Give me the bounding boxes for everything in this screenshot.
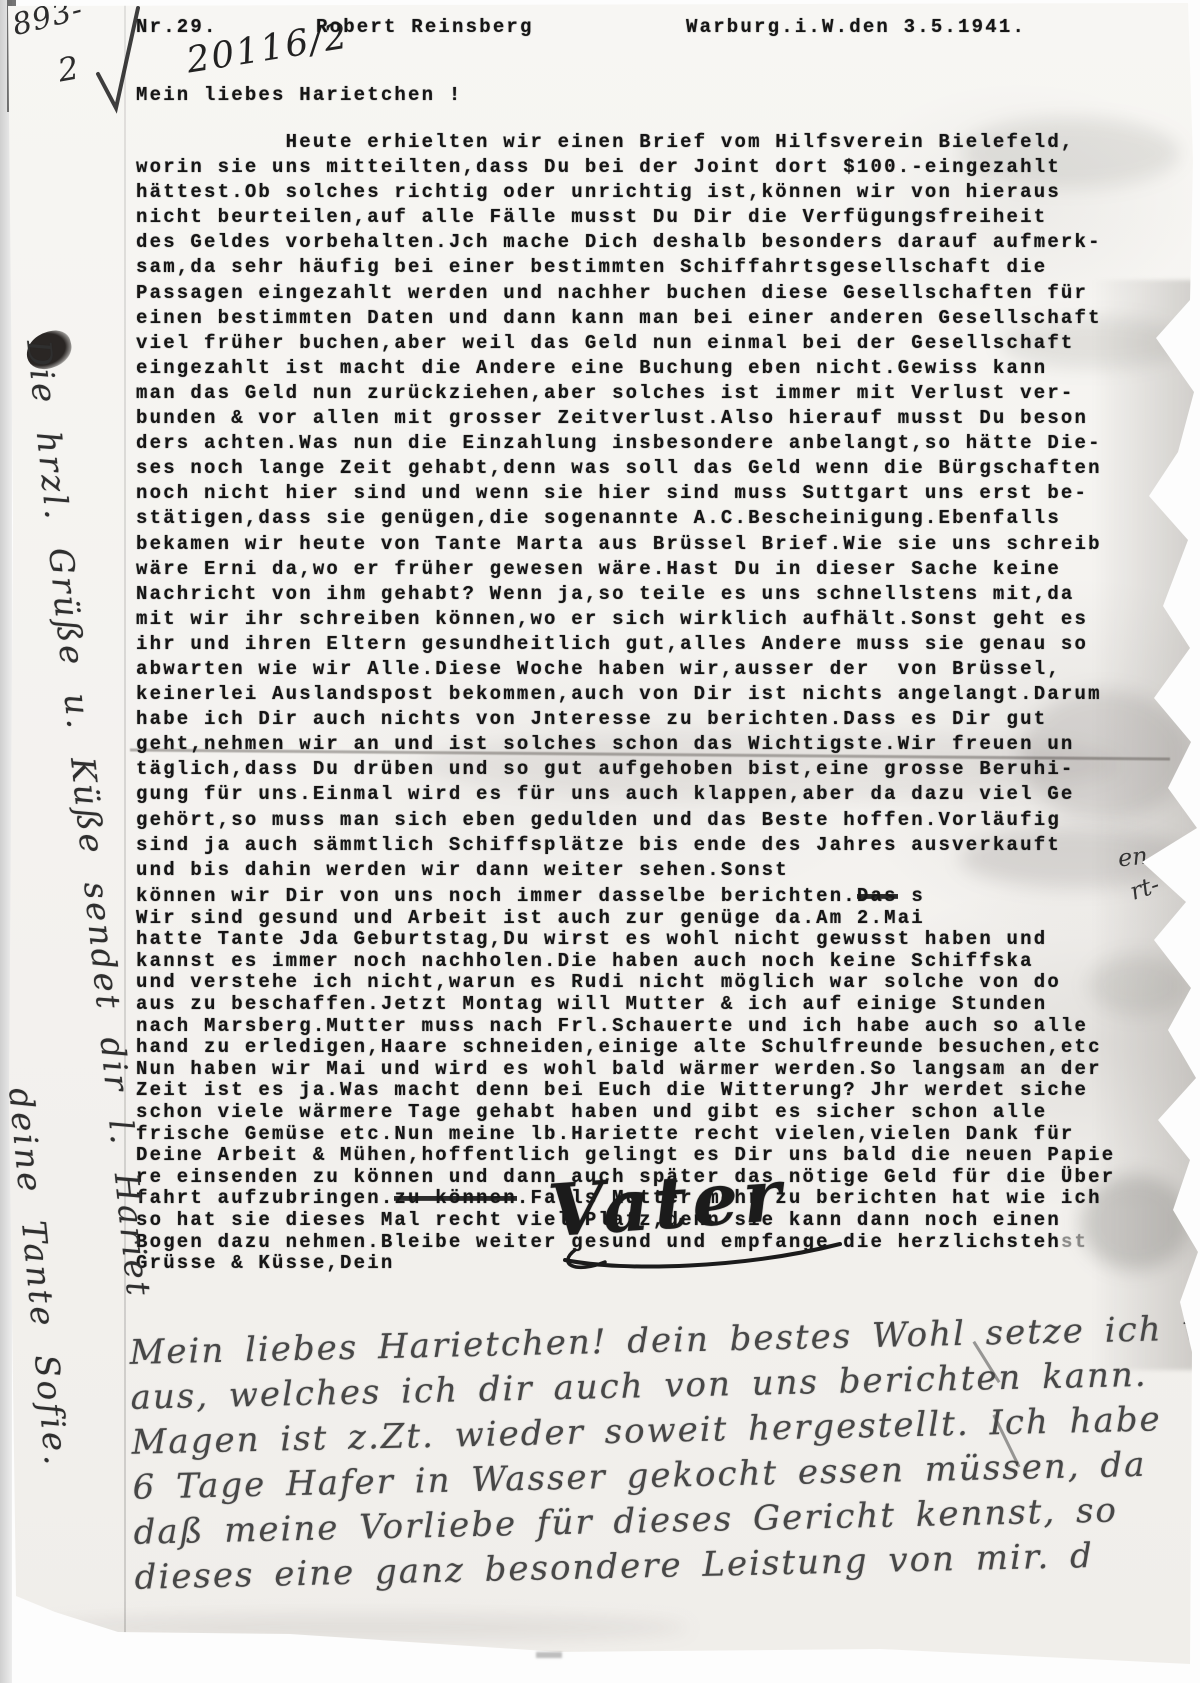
- salutation: Mein liebes Harietchen !: [136, 84, 462, 106]
- typed-line: ders achten.Was nun die Einzahlung insbe…: [136, 431, 1102, 456]
- typed-line: des Geldes vorbehalten.Jch mache Dich de…: [136, 230, 1102, 255]
- margin-note: deine Tante Sofie.: [1, 1086, 76, 1469]
- typed-line: keinerlei Auslandspost bekommen,auch von…: [136, 682, 1102, 707]
- scanned-letter-page: { "annotations": { "archive_number": "89…: [0, 0, 1200, 1683]
- typed-line: gung für uns.Einmal wird es für uns auch…: [136, 782, 1102, 807]
- typed-line: habe ich Dir auch nichts von Jnteresse z…: [136, 707, 1102, 732]
- typed-line: Heute erhielten wir einen Brief vom Hilf…: [136, 130, 1102, 155]
- typed-line: Zeit ist es ja.Was macht denn bei Euch d…: [136, 1080, 1115, 1102]
- typed-line: wäre Erni da,wo er früher gewesen wäre.H…: [136, 557, 1102, 582]
- vertical-fold-crease: [124, 0, 126, 1650]
- typed-line: noch nicht hier sind und wenn sie hier s…: [136, 481, 1102, 506]
- typed-line: bekamen wir heute von Tante Marta aus Br…: [136, 532, 1102, 557]
- typed-line: nach Marsberg.Mutter muss nach Frl.Schau…: [136, 1016, 1115, 1038]
- typed-line: täglich,dass Du drüben und so gut aufgeh…: [136, 757, 1102, 782]
- typed-line: Passagen eingezahlt werden und nachher b…: [136, 281, 1102, 306]
- typed-line: sam,da sehr häufig bei einer bestimmten …: [136, 255, 1102, 280]
- typed-line: und verstehe ich nicht,warun es Rudi nic…: [136, 972, 1115, 994]
- typed-line: Nachricht von ihm gehabt? Wenn ja,so tei…: [136, 582, 1102, 607]
- typed-line: sind ja auch sämmtlich Schiffsplätze bis…: [136, 833, 1102, 858]
- typed-line: gehört,so muss man sich eben gedulden un…: [136, 808, 1102, 833]
- typed-line: ihr und ihren Eltern gesundheitlich gut,…: [136, 632, 1102, 657]
- archive-number-annotation: 893-: [9, 0, 87, 43]
- typed-line: man das Geld nun zurückziehen,aber solch…: [136, 381, 1102, 406]
- typed-line: stätigen,dass sie genügen,die sogenannte…: [136, 506, 1102, 531]
- signature-flourish: [545, 1238, 855, 1274]
- typed-line: worin sie uns mitteilten,dass Du bei der…: [136, 155, 1102, 180]
- typed-line: bunden & vor allen mit grosser Zeitverlu…: [136, 406, 1102, 431]
- typed-line: können wir Dir von uns noch immer dassel…: [136, 886, 1115, 908]
- smudge: [40, 1615, 690, 1640]
- typed-line: hatte Tante Jda Geburtstag,Du wirst es w…: [136, 929, 1115, 951]
- letter-paper: 893- 2 20116/2 Nr.29. Robert Reinsberg W…: [0, 0, 1200, 1683]
- typed-line: kannst es immer noch nachholen.Die haben…: [136, 951, 1115, 973]
- place-and-date: Warburg.i.W.den 3.5.1941.: [686, 16, 1026, 38]
- sender-name: Robert Reinsberg: [316, 16, 534, 38]
- typed-line: schon viele wärmere Tage gehabt haben un…: [136, 1102, 1115, 1124]
- typed-line: eingezahlt ist macht die Andere eine Buc…: [136, 356, 1102, 381]
- typed-line: nicht beurteilen,auf alle Fälle musst Du…: [136, 205, 1102, 230]
- typed-line: hättest.Ob solches richtig oder unrichti…: [136, 180, 1102, 205]
- typed-line: viel früher buchen,aber weil das Geld nu…: [136, 331, 1102, 356]
- letter-number: Nr.29.: [136, 16, 218, 38]
- typed-line: abwarten wie wir Alle.Diese Woche haben …: [136, 657, 1102, 682]
- typed-line: Nun haben wir Mai und wird es wohl bald …: [136, 1059, 1115, 1081]
- typed-line: und bis dahin werden wir dann weiter seh…: [136, 858, 1102, 883]
- typed-line: einen bestimmten Daten und dann kann man…: [136, 306, 1102, 331]
- typed-body-upper: Heute erhielten wir einen Brief vom Hilf…: [136, 130, 1102, 883]
- handwritten-postscript: Mein liebes Harietchen! dein bestes Wohl…: [129, 1305, 1200, 1601]
- scan-artifact-mark: [536, 1652, 562, 1658]
- typed-line: Wir sind gesund und Arbeit ist auch zur …: [136, 908, 1115, 930]
- scan-edge-strip: [0, 0, 12, 1683]
- typed-line: aus zu beschaffen.Jetzt Montag will Mutt…: [136, 994, 1115, 1016]
- page-number-annotation: 2: [55, 49, 82, 90]
- handwritten-correction: en: [1117, 842, 1149, 873]
- typed-line: frische Gemüse etc.Nun meine lb.Hariette…: [136, 1124, 1115, 1146]
- typed-line: hand zu erledigen,Haare schneiden,einige…: [136, 1037, 1115, 1059]
- typed-line: geht,nehmen wir an und ist solches schon…: [136, 732, 1102, 757]
- typed-line: ses noch lange Zeit gehabt,denn was soll…: [136, 456, 1102, 481]
- typed-line: mit wir ihr schreiben können,wo er sich …: [136, 607, 1102, 632]
